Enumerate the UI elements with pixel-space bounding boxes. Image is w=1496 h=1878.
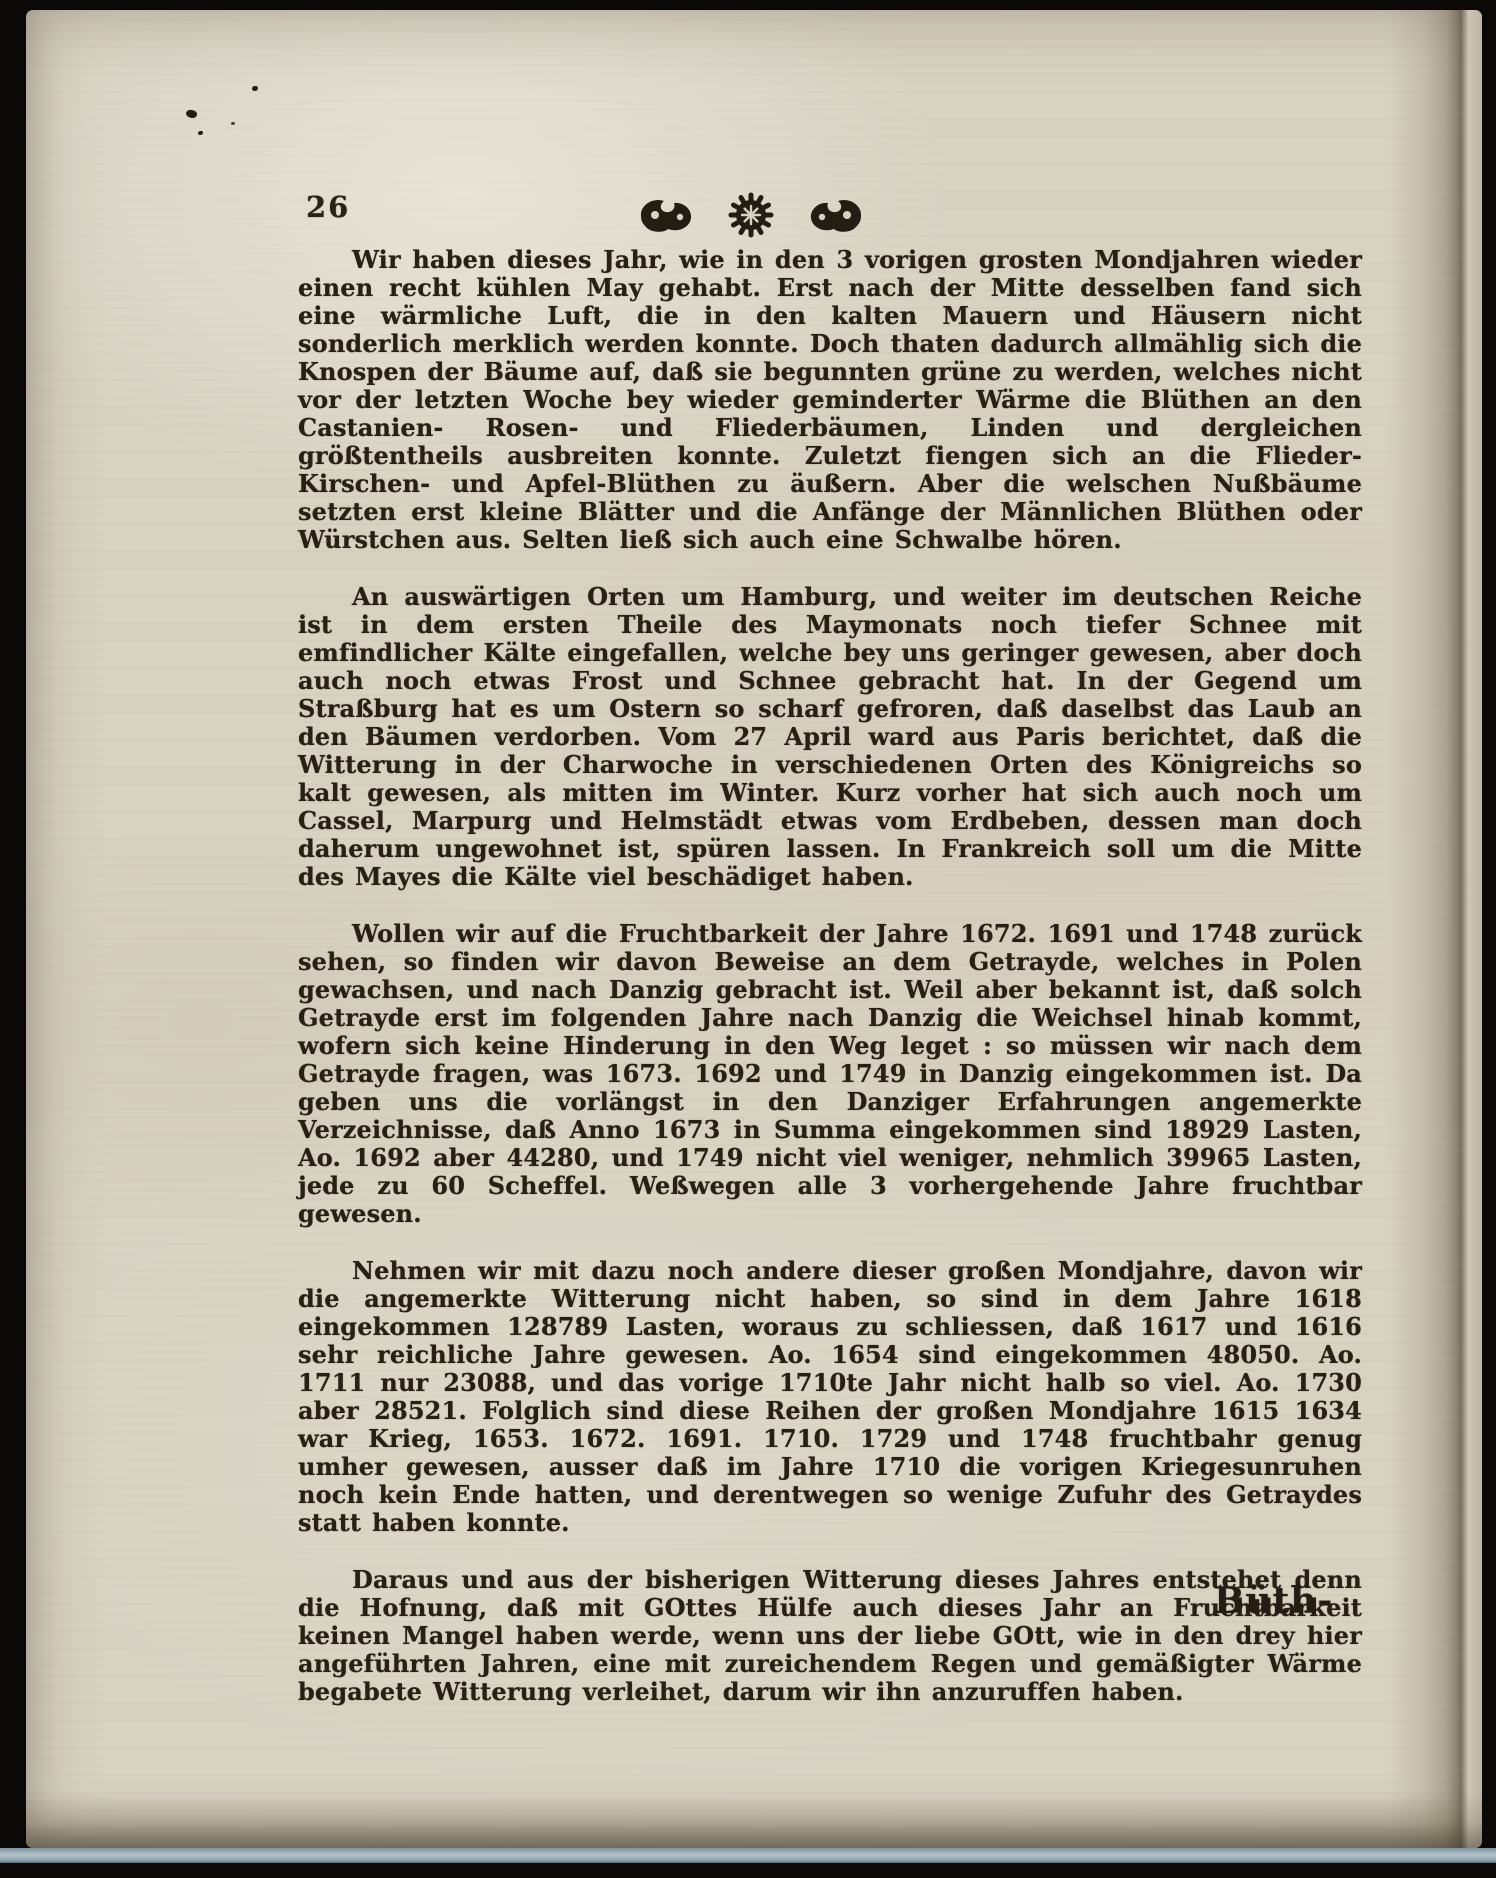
- ornament-rosette-icon: [725, 189, 777, 241]
- ink-speck: [198, 131, 203, 135]
- paper-sheet: 26: [26, 10, 1482, 1848]
- paragraph-other-moon-years: Nehmen wir mit dazu noch andere dieser g…: [298, 1257, 1362, 1537]
- page-number: 26: [306, 190, 350, 224]
- paragraph-foreign-places: An auswärtigen Orten um Hamburg, und wei…: [298, 583, 1362, 891]
- paper-edge-shadow-bottom: [26, 1792, 1482, 1848]
- header-ornament: [606, 186, 896, 244]
- paper-edge-shadow-right: [1386, 10, 1482, 1848]
- catchword: Büth-: [1214, 1580, 1333, 1622]
- paragraph-conclusion-hope: Daraus und aus der bisherigen Witterung …: [298, 1566, 1362, 1706]
- scan-bottom-strip: [0, 1848, 1496, 1863]
- scanned-page: 26: [0, 0, 1496, 1878]
- paragraph-fertility-years: Wollen wir auf die Fruchtbarkeit der Jah…: [298, 920, 1362, 1228]
- body-text: Wir haben dieses Jahr, wie in den 3 vori…: [298, 246, 1362, 1706]
- ink-speck: [185, 108, 198, 119]
- paragraph-weather-may: Wir haben dieses Jahr, wie in den 3 vori…: [298, 246, 1362, 554]
- ornament-left-floret-icon: [637, 194, 695, 236]
- ink-speck: [252, 86, 258, 91]
- ink-speck: [231, 122, 235, 125]
- ornament-right-floret-icon: [807, 194, 865, 236]
